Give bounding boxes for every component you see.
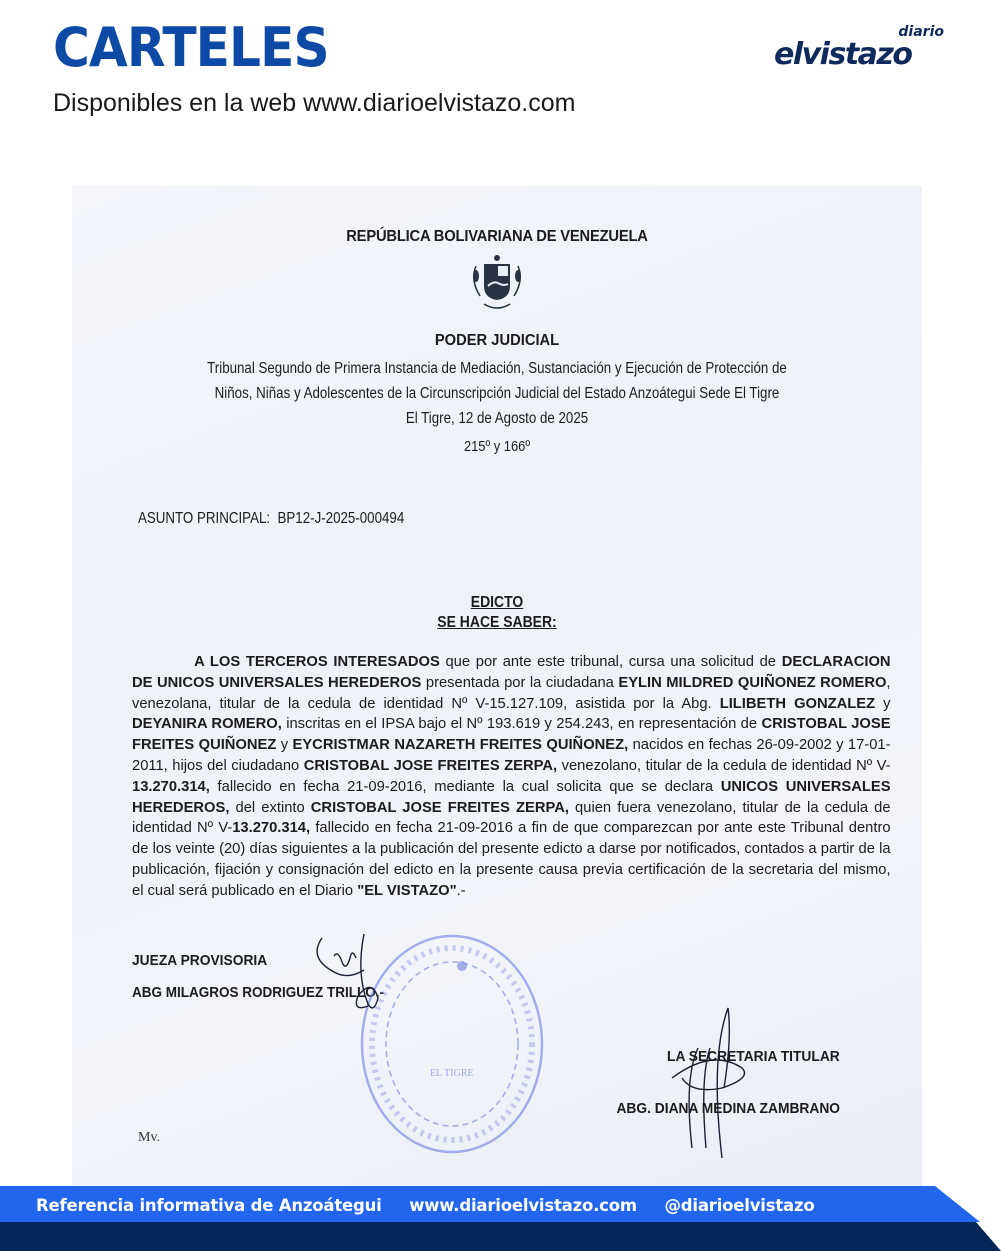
header-title: CARTELES [53, 18, 329, 78]
logo: diario elvistazo [774, 24, 944, 84]
document-paper: REPÚBLICA BOLIVARIANA DE VENEZUELA PODER… [72, 186, 922, 1186]
footer-dark-band [0, 1222, 1001, 1251]
secretary-signature [662, 998, 762, 1158]
edict-body-bold-run: 13.270.314, [232, 819, 310, 836]
edict-body-bold-run: LILIBETH GONZALEZ [720, 695, 875, 712]
edict-body-bold-run: "EL VISTAZO" [357, 882, 456, 899]
edict-body-bold-run: A LOS TERCEROS INTERESADOS [194, 653, 440, 670]
tribunal-name: Tribunal Segundo de Primera Instancia de… [132, 356, 863, 406]
document-content: REPÚBLICA BOLIVARIANA DE VENEZUELA PODER… [72, 186, 922, 1186]
republic-heading: REPÚBLICA BOLIVARIANA DE VENEZUELA [106, 228, 888, 246]
footer-text: Referencia informativa de Anzoátegui www… [36, 1196, 837, 1215]
case-number: ASUNTO PRINCIPAL: BP12-J-2025-000494 [138, 510, 404, 528]
coat-of-arms-icon [462, 252, 532, 312]
svg-text:EL TIGRE: EL TIGRE [430, 1068, 474, 1079]
judicial-power-heading: PODER JUDICIAL [106, 332, 888, 350]
edict-body-bold-run: CRISTOBAL JOSE FREITES ZERPA, [304, 757, 557, 774]
edicto-heading: EDICTO [115, 594, 880, 612]
edict-body-run: inscritas en el IPSA bajo el Nº 193.619 … [282, 715, 762, 732]
edict-body: A LOS TERCEROS INTERESADOS que por ante … [132, 652, 891, 902]
typist-initials: Mv. [138, 1130, 160, 1146]
edict-body-bold-run: 13.270.314, [132, 778, 210, 795]
edict-body-run: y [276, 736, 292, 753]
edict-body-bold-run: DEYANIRA ROMERO, [132, 715, 282, 732]
logo-main: elvistazo [774, 38, 911, 72]
footer-tagline: Referencia informativa de Anzoátegui [36, 1196, 382, 1215]
edict-body-run: .- [457, 882, 466, 899]
edict-body-run: presentada por la ciudadana [421, 674, 618, 691]
edict-body-run: y [875, 695, 890, 712]
edict-body-bold-run: EYLIN MILDRED QUIÑONEZ ROMERO [618, 674, 886, 691]
edict-body-run: venezolano, titular de la cedula de iden… [557, 757, 890, 774]
tribunal-line-1: Tribunal Segundo de Primera Instancia de… [132, 356, 863, 381]
case-value: BP12-J-2025-000494 [278, 510, 405, 527]
header-subtitle: Disponibles en la web www.diarioelvistaz… [53, 88, 575, 118]
edict-body-run: que por ante este tribunal, cursa una so… [440, 653, 782, 670]
judge-title: JUEZA PROVISORIA [132, 952, 267, 969]
case-label: ASUNTO PRINCIPAL: [138, 510, 270, 527]
se-hace-saber-heading: SE HACE SABER: [115, 614, 880, 632]
footer-website-link[interactable]: www.diarioelvistazo.com [409, 1196, 637, 1215]
tribunal-line-2: Niños, Niñas y Adolescentes de la Circun… [132, 381, 863, 406]
document-date: El Tigre, 12 de Agosto de 2025 [132, 410, 863, 428]
edict-body-bold-run: EYCRISTMAR NAZARETH FREITES QUIÑONEZ, [293, 736, 629, 753]
edict-body-run: del extinto [229, 799, 310, 816]
document-years: 215º y 166º [132, 438, 863, 455]
judge-signature [302, 928, 412, 1018]
edict-body-bold-run: CRISTOBAL JOSE FREITES ZERPA, [311, 799, 569, 816]
footer-social-handle[interactable]: @diarioelvistazo [664, 1196, 814, 1215]
edict-body-run: fallecido en fecha 21-09-2016, mediante … [210, 778, 721, 795]
